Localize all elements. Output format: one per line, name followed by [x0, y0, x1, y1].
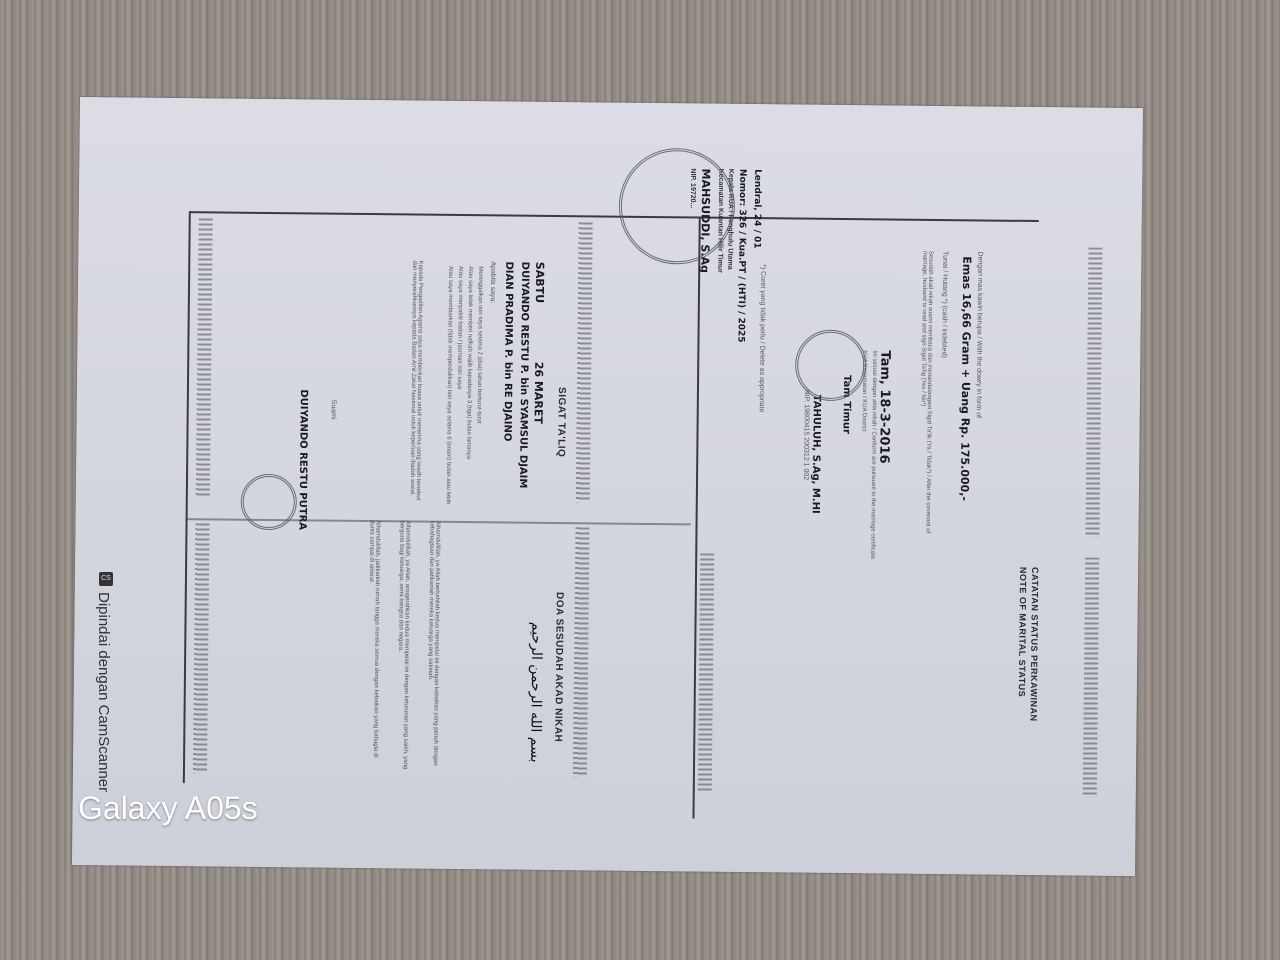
kua-stamp — [795, 330, 867, 402]
ornament-border — [573, 527, 590, 777]
note-title-id: CATATAN STATUS PERKAWINAN — [1029, 567, 1041, 722]
sigat-label: Sesudah akad nikah suami membaca dan men… — [918, 251, 933, 551]
stamp-date-line: Lendral, 24 / 01 — [751, 169, 762, 249]
stamp-number-line: Nomor: 326 / Kua.PT / (HTI) / 2025 — [735, 169, 747, 343]
sigat-date: 26 MARET — [532, 362, 546, 424]
camscanner-badge: CS — [99, 572, 113, 586]
footnote: *) Coret yang tidak perlu / Delete as ap… — [758, 264, 767, 412]
doa-translation-3: Alhamdulillah, jadikanlah rumah tangga m… — [366, 520, 381, 770]
ornament-border — [193, 523, 210, 773]
sigat-title: SIGAT TA'LIQ — [555, 387, 567, 457]
ministry-stamp — [618, 148, 735, 265]
wife-name: DIAN PRADIMA P. bin RE DJAINO — [501, 261, 514, 441]
doa-title: DOA SESUDAH AKAD NIKAH — [552, 592, 565, 742]
sigat-day: SABTU — [533, 262, 546, 303]
note-intro: Dengan mas kawin berupa / With the dowry… — [975, 251, 984, 418]
dowry-value: Emas 16,66 Gram + Uang Rp. 175.000,- — [958, 256, 974, 501]
ornament-border — [1085, 248, 1102, 538]
sigat-signer-label: Suami — [330, 400, 337, 420]
doa-bismillah: بسم الله الرحمن الرحيم — [527, 622, 544, 763]
conditions-intro: Apabila saya: — [489, 261, 496, 303]
note-title-en: NOTE OF MARITAL STATUS — [1017, 567, 1028, 697]
sigat-closing: Kepada Pengadilan Agama saya memberikan … — [409, 260, 424, 510]
camscanner-text: Dipindai dengan CamScanner — [95, 592, 112, 792]
doa-translation-2: Alhamdulillah, ya Allah, anugerahkan ked… — [396, 520, 411, 770]
small-stamp — [240, 474, 297, 531]
frame-top-line — [189, 211, 1039, 222]
condition-1: Meninggalkan istri saya selama 2 (dua) t… — [476, 266, 484, 423]
officer-name: TAHULUH, S.Ag, M.HI — [810, 395, 822, 514]
sigat-signer-name: DUIYANDO RESTU PUTRA — [296, 389, 308, 530]
payment-label: Tunai / Hutang *) (cash / indebted) — [940, 251, 948, 358]
frame-left-line — [183, 213, 191, 783]
condition-4: Atau saya membiarkan (tidak memperdulika… — [445, 266, 453, 505]
husband-name: DUIYANDO RESTU P. bin SYAMSUL DJAIM — [517, 262, 530, 489]
officer-nip: NIP. 19800415 200312 1 002 — [802, 390, 810, 481]
place-date: Tam, 18-3-2016 — [876, 350, 892, 463]
condition-2: Atau saya tidak memberi nafkah wajib kep… — [465, 266, 473, 459]
ornament-border — [196, 218, 213, 498]
doa-translation-1: Alhamdulillah, ya Allah berkahilah kedua… — [426, 521, 441, 771]
conform-text: Ini sesuai dengan akta nikah / Conform a… — [869, 350, 877, 559]
ornament-border — [1083, 558, 1100, 798]
camera-watermark: Galaxy A05s — [78, 790, 258, 827]
ornament-border — [576, 222, 593, 502]
condition-3: Atau saya menyakiti badan / jasmani istr… — [456, 266, 463, 389]
ornament-border — [698, 554, 715, 794]
document-page: CATATAN STATUS PERKAWINAN NOTE OF MARITA… — [72, 97, 1143, 876]
